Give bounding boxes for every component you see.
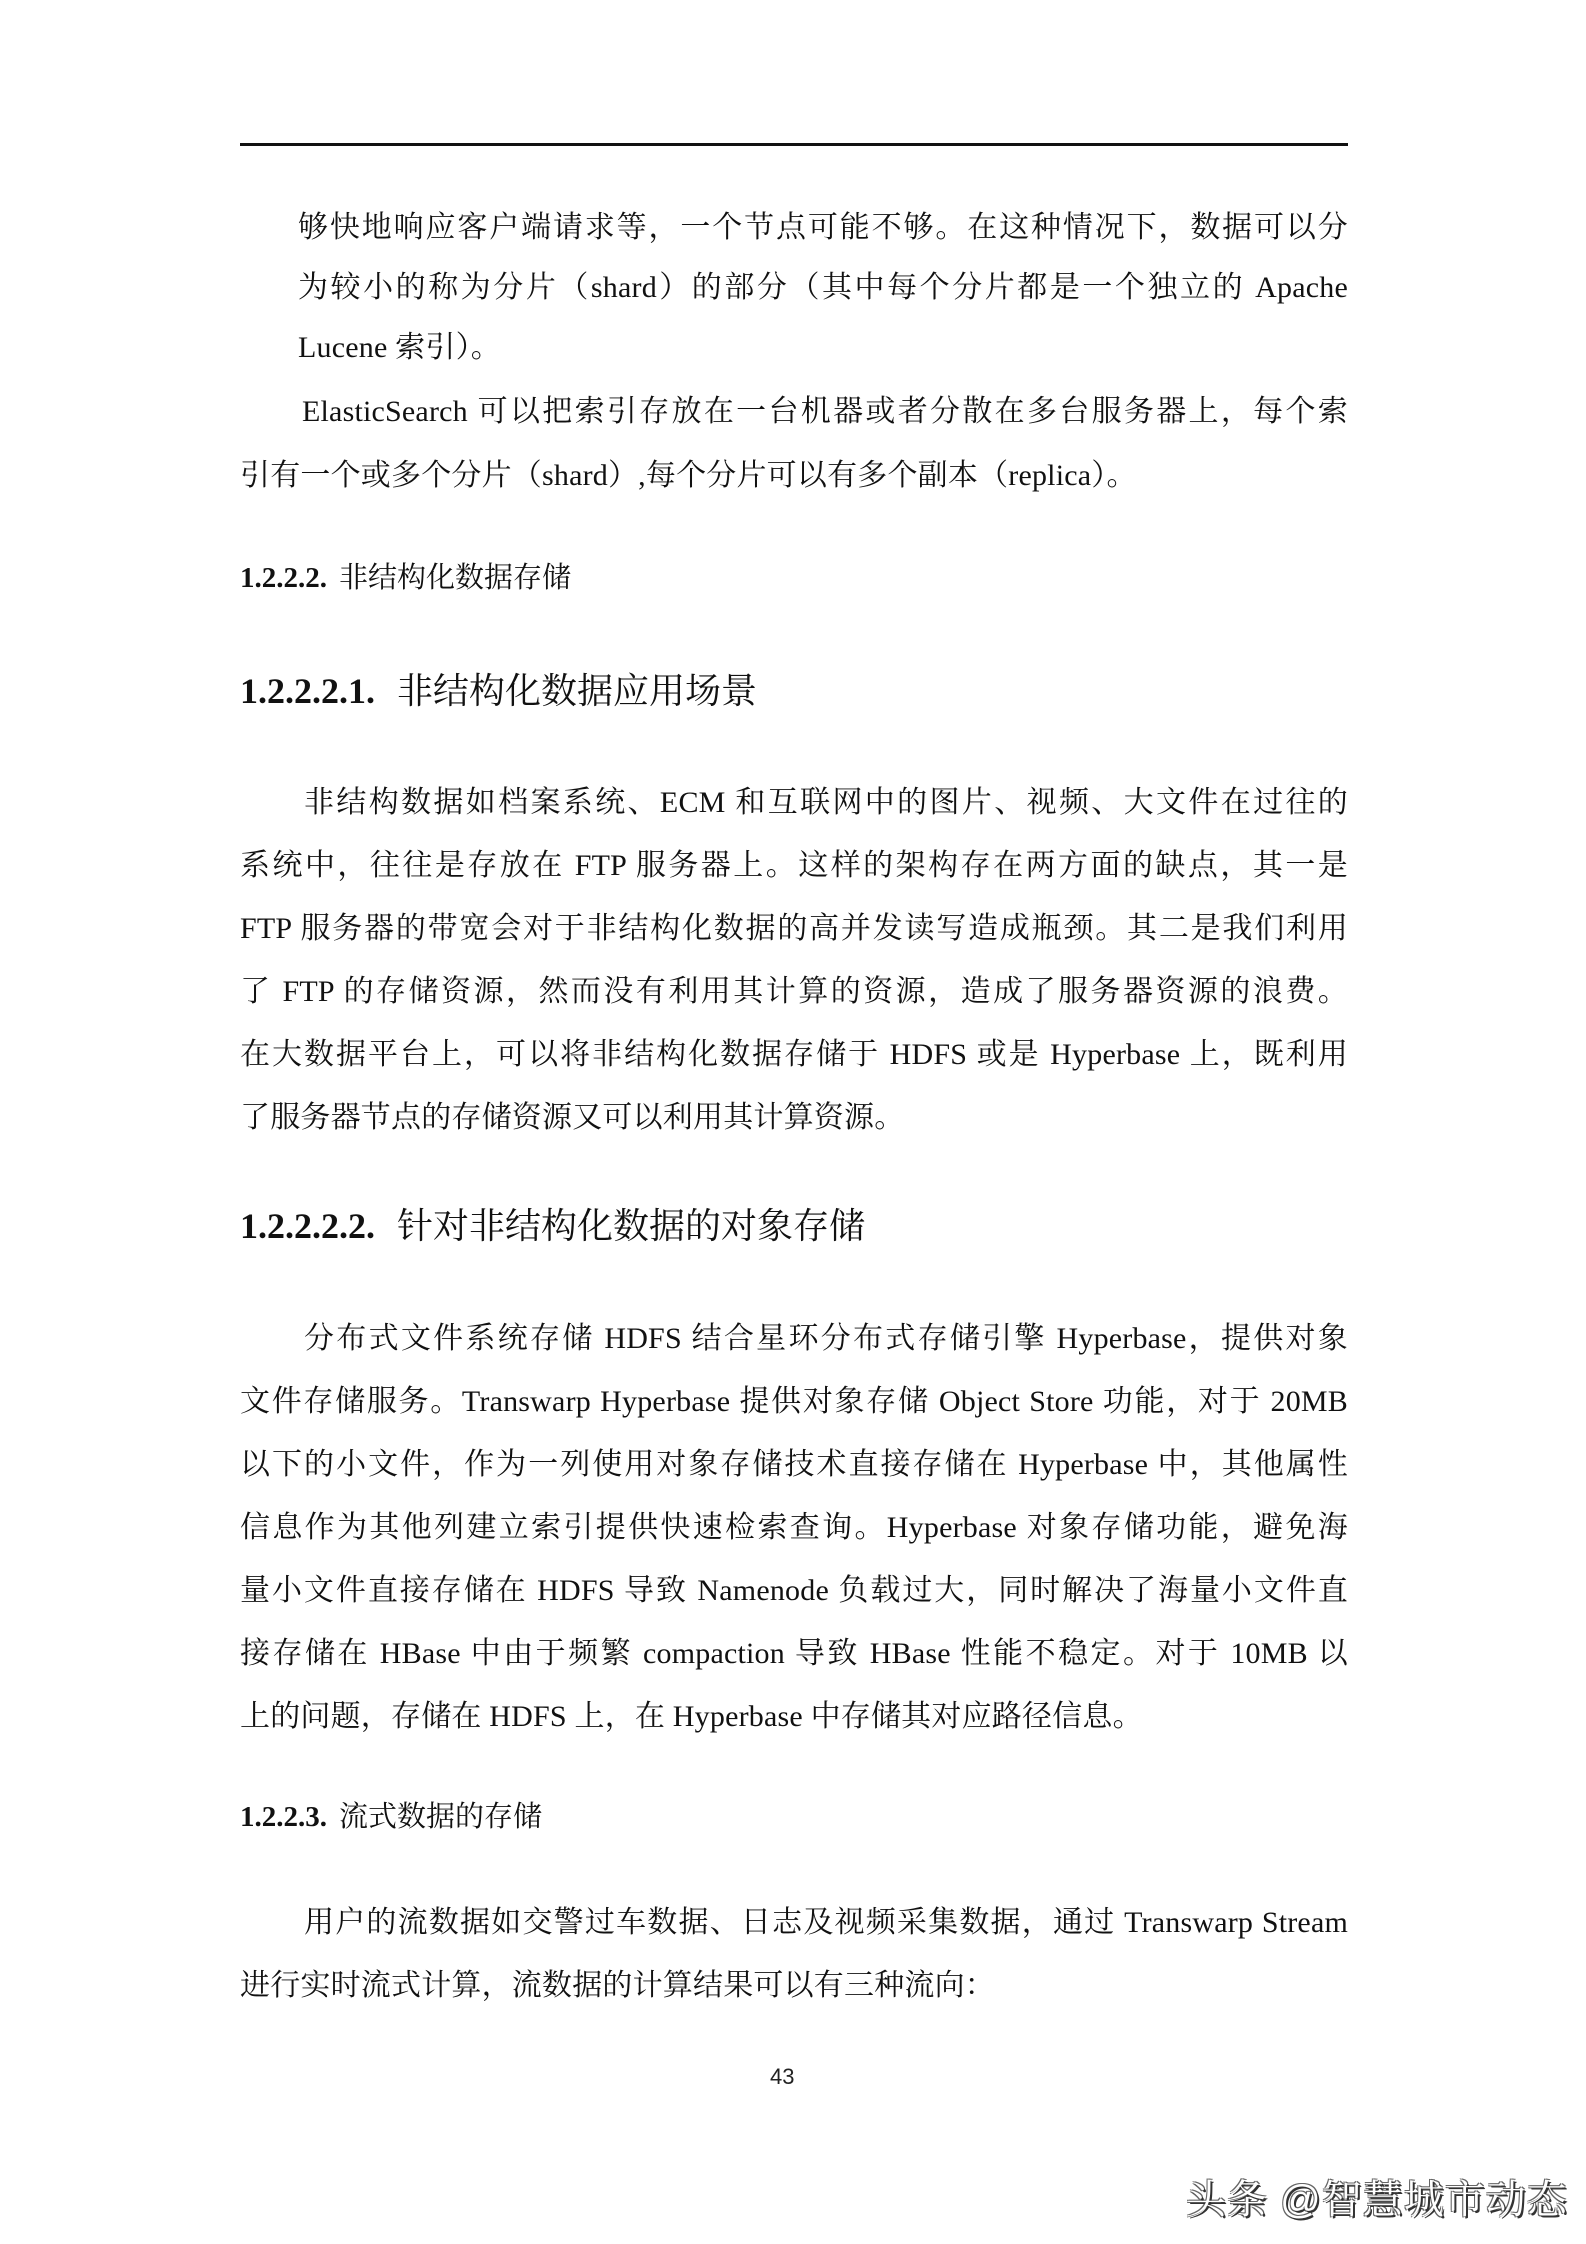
paragraph-line: 在大数据平台上，可以将非结构化数据存储于 HDFS 或是 Hyperbase 上… — [240, 1035, 1348, 1075]
paragraph-line: 分布式文件系统存储 HDFS 结合星环分布式存储引擎 Hyperbase，提供对… — [240, 1319, 1348, 1359]
paragraph-line: 上的问题，存储在 HDFS 上，在 Hyperbase 中存储其对应路径信息。 — [240, 1697, 1348, 1737]
paragraph-line: 引有一个或多个分片（shard）,每个分片可以有多个副本（replica）。 — [240, 456, 1348, 496]
section-heading-1-2-2-3: 1.2.2.3.流式数据的存储 — [240, 1797, 542, 1837]
section-number: 1.2.2.2.1. — [240, 671, 375, 711]
section-heading-1-2-2-2: 1.2.2.2.非结构化数据存储 — [240, 558, 571, 598]
section-title: 非结构化数据应用场景 — [397, 671, 757, 711]
paragraph-line: 用户的流数据如交警过车数据、日志及视频采集数据，通过 Transwarp Str… — [240, 1903, 1348, 1943]
paragraph-line: 了 FTP 的存储资源，然而没有利用其计算的资源，造成了服务器资源的浪费。 — [240, 972, 1348, 1012]
paragraph-line: ElasticSearch 可以把索引存放在一台机器或者分散在多台服务器上，每个… — [302, 392, 1348, 432]
section-title: 非结构化数据存储 — [339, 562, 571, 594]
paragraph-line: 信息作为其他列建立索引提供快速检索查询。Hyperbase 对象存储功能，避免海 — [240, 1508, 1348, 1548]
paragraph-line: 文件存储服务。Transwarp Hyperbase 提供对象存储 Object… — [240, 1382, 1348, 1422]
paragraph-line: 量小文件直接存储在 HDFS 导致 Namenode 负载过大，同时解决了海量小… — [240, 1571, 1348, 1611]
paragraph-line: 非结构数据如档案系统、ECM 和互联网中的图片、视频、大文件在过往的 — [240, 783, 1348, 823]
section-title: 流式数据的存储 — [339, 1801, 542, 1833]
paragraph-line: 为较小的称为分片（shard）的部分（其中每个分片都是一个独立的 Apache — [298, 268, 1348, 308]
paragraph-line: 进行实时流式计算，流数据的计算结果可以有三种流向： — [240, 1966, 1348, 2006]
section-number: 1.2.2.2. — [240, 562, 327, 594]
section-number: 1.2.2.2.2. — [240, 1206, 375, 1246]
paragraph-line: 接存储在 HBase 中由于频繁 compaction 导致 HBase 性能不… — [240, 1634, 1348, 1674]
page-number: 43 — [770, 2064, 794, 2090]
paragraph-line: 了服务器节点的存储资源又可以利用其计算资源。 — [240, 1098, 1348, 1138]
section-heading-1-2-2-2-2: 1.2.2.2.2.针对非结构化数据的对象存储 — [240, 1203, 865, 1249]
watermark: 头条 @智慧城市动态 — [1186, 2168, 1568, 2225]
section-number: 1.2.2.3. — [240, 1801, 327, 1833]
paragraph-line: 以下的小文件，作为一列使用对象存储技术直接存储在 Hyperbase 中，其他属… — [240, 1445, 1348, 1485]
section-title: 针对非结构化数据的对象存储 — [397, 1206, 865, 1246]
section-heading-1-2-2-2-1: 1.2.2.2.1.非结构化数据应用场景 — [240, 668, 757, 714]
paragraph-line: 系统中，往往是存放在 FTP 服务器上。这样的架构存在两方面的缺点，其一是 — [240, 846, 1348, 886]
paragraph-line: Lucene 索引）。 — [298, 328, 1348, 368]
header-rule — [240, 143, 1348, 146]
paragraph-line: 够快地响应客户端请求等，一个节点可能不够。在这种情况下，数据可以分 — [298, 208, 1348, 248]
paragraph-line: FTP 服务器的带宽会对于非结构化数据的高并发读写造成瓶颈。其二是我们利用 — [240, 909, 1348, 949]
